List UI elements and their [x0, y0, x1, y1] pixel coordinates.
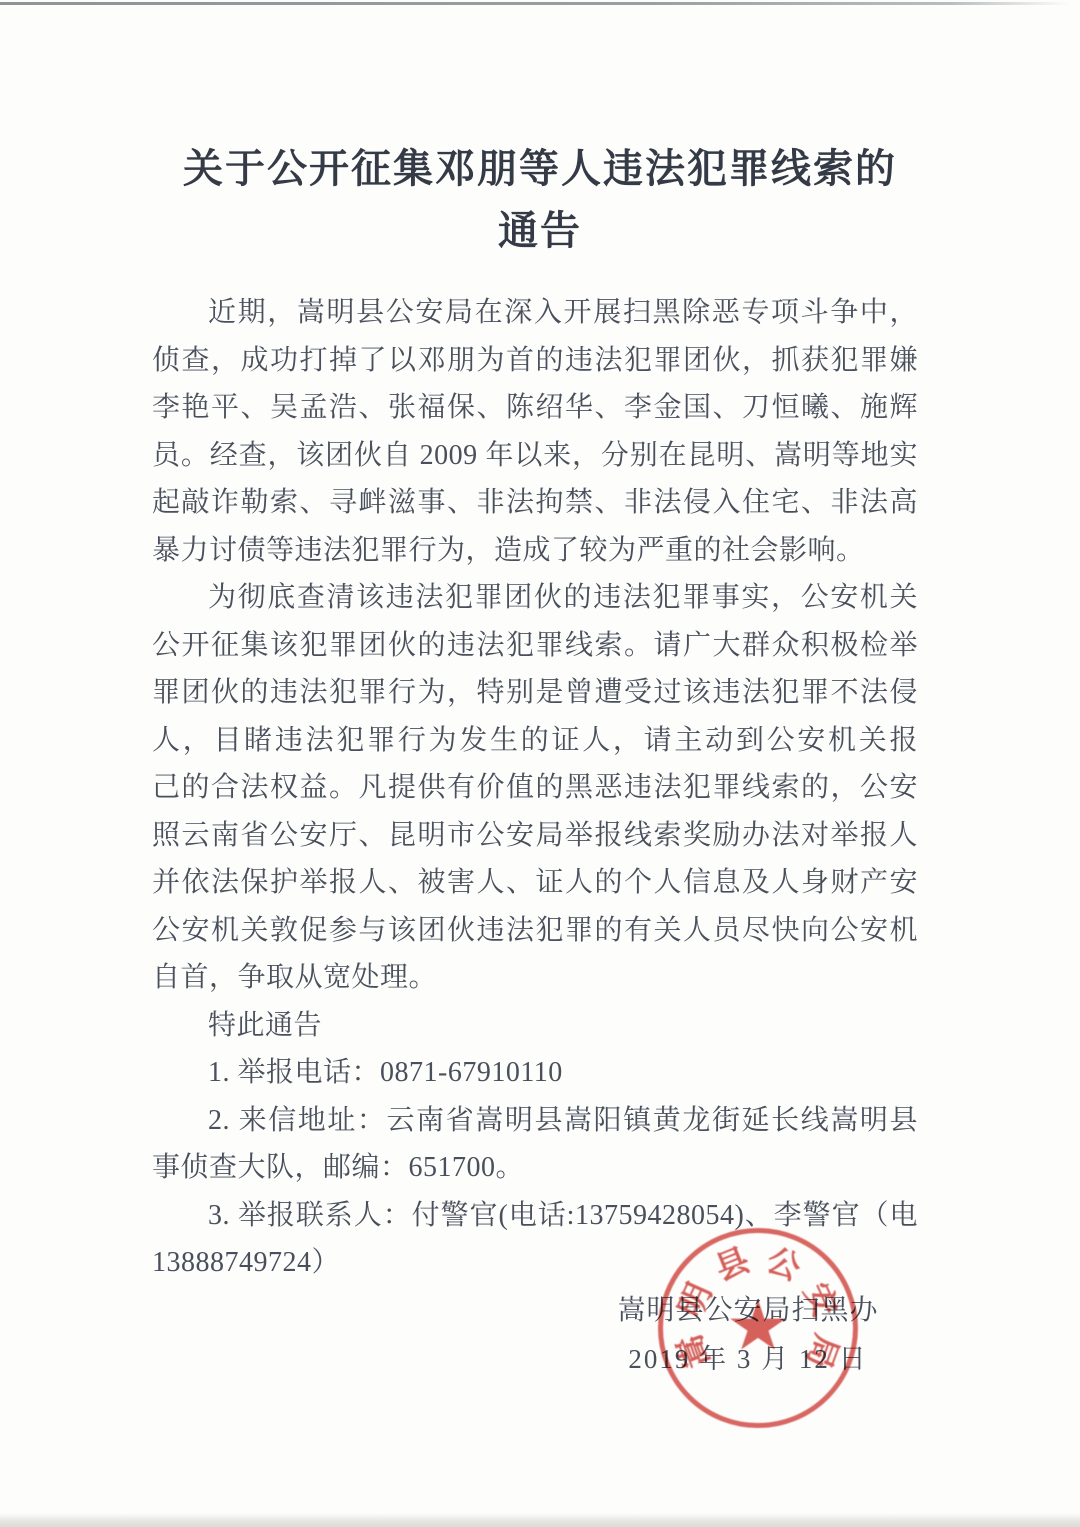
body-line-contact-persons: 3. 举报联系人：付警官(电话:13759428054)、李警官（电话：	[152, 1192, 918, 1240]
body-line-mail-address-cont: 事侦查大队，邮编：651700。	[152, 1144, 918, 1192]
body-line: 员。经查，该团伙自 2009 年以来，分别在昆明、嵩明等地实施了多	[152, 432, 918, 480]
body-line-report-phone: 1. 举报电话：0871-67910110	[152, 1049, 918, 1097]
issuer-signature: 嵩明县公安局扫黑办	[598, 1288, 898, 1328]
scan-edge-top-line	[0, 2, 1080, 5]
notice-title-line1: 关于公开征集邓朋等人违法犯罪线索的	[0, 138, 1080, 200]
scan-edge-bottom-shadow	[0, 1513, 1080, 1527]
notice-body: 近期，嵩明县公安局在深入开展扫黑除恶专项斗争中，经过缜密 侦查，成功打掉了以邓朋…	[152, 289, 918, 1287]
body-line: 并依法保护举报人、被害人、证人的个人信息及人身财产安全。同时	[152, 859, 918, 907]
body-line: 公开征集该犯罪团伙的违法犯罪线索。请广大群众积极检举揭发该犯	[152, 622, 918, 670]
notice-title-line2: 通告	[0, 200, 1080, 262]
body-line-contact-persons-cont: 13888749724）	[152, 1239, 918, 1287]
body-line: 人，目睹违法犯罪行为发生的证人，请主动到公安机关报案，维护自	[152, 717, 918, 765]
body-line: 自首，争取从宽处理。	[152, 954, 918, 1002]
body-line: 公安机关敦促参与该团伙违法犯罪的有关人员尽快向公安机关投案	[152, 907, 918, 955]
body-line: 罪团伙的违法犯罪行为，特别是曾遭受过该违法犯罪不法侵害的受害	[152, 669, 918, 717]
issue-date: 2019 年 3 月 12 日	[598, 1337, 898, 1376]
body-line: 为彻底查清该违法犯罪团伙的违法犯罪事实，公安机关面向社会	[152, 574, 918, 622]
body-line-hereby-notice: 特此通告	[152, 1002, 918, 1050]
body-line: 起敲诈勒索、寻衅滋事、非法拘禁、非法侵入住宅、非法高利放贷、	[152, 479, 918, 527]
body-line: 李艳平、吴孟浩、张福保、陈绍华、李金国、刀恒曦、施辉等团伙成	[152, 384, 918, 432]
notice-title: 关于公开征集邓朋等人违法犯罪线索的 通告	[0, 138, 1080, 262]
body-line-mail-address: 2. 来信地址：云南省嵩明县嵩阳镇黄龙街延长线嵩明县公安局刑	[152, 1097, 918, 1145]
body-line: 近期，嵩明县公安局在深入开展扫黑除恶专项斗争中，经过缜密	[152, 289, 918, 337]
body-line: 侦查，成功打掉了以邓朋为首的违法犯罪团伙，抓获犯罪嫌疑人邓朋、	[152, 337, 918, 385]
scanned-notice-page: 关于公开征集邓朋等人违法犯罪线索的 通告 近期，嵩明县公安局在深入开展扫黑除恶专…	[0, 0, 1080, 1527]
body-line: 己的合法权益。凡提供有价值的黑恶违法犯罪线索的，公安机关将按	[152, 764, 918, 812]
body-line: 照云南省公安厅、昆明市公安局举报线索奖励办法对举报人给予奖励	[152, 812, 918, 860]
body-line: 暴力讨债等违法犯罪行为，造成了较为严重的社会影响。	[152, 527, 918, 575]
